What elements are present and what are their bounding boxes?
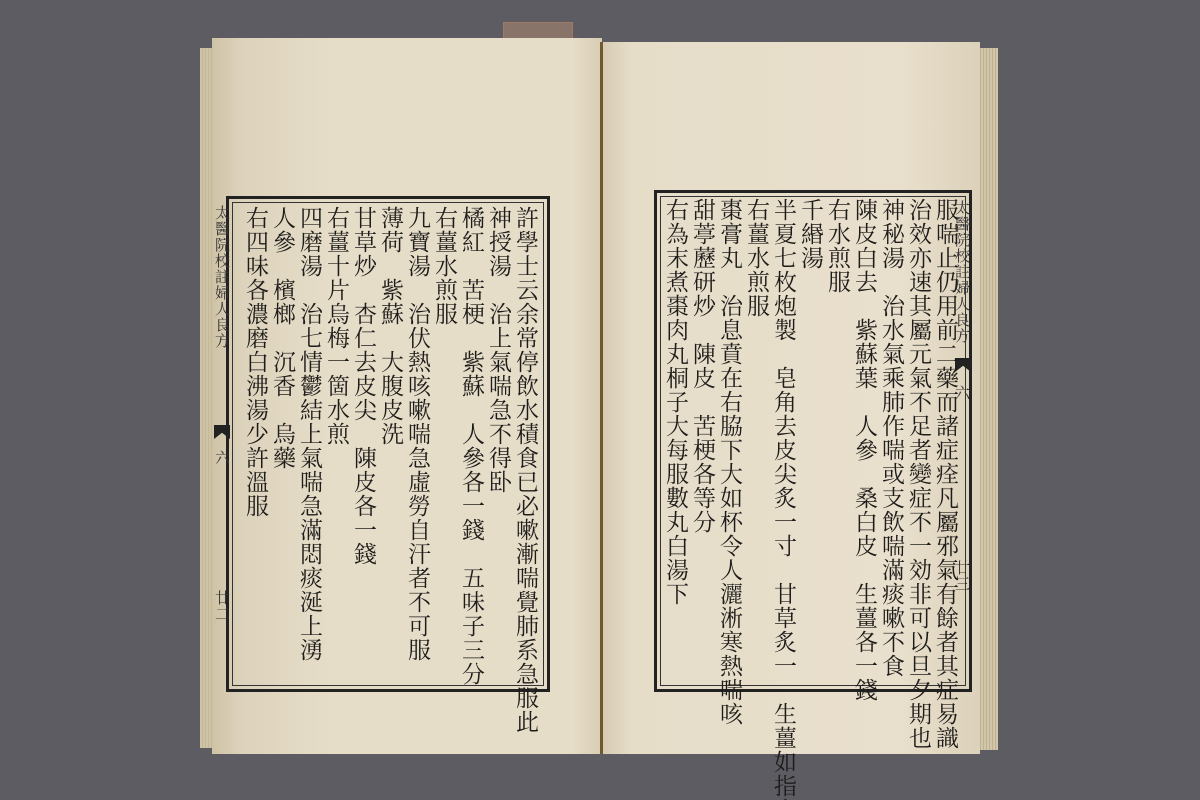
text-column: 人參 檳榔 沉香 烏藥	[270, 206, 297, 682]
left-spine-page: 廿二	[212, 590, 233, 622]
text-column: 右薑十片烏梅一箇水煎	[324, 206, 351, 682]
text-column: 右四味各濃磨白沸湯少許溫服	[243, 206, 270, 682]
text-column: 四磨湯 治七情鬱結上氣喘急滿悶痰涎上湧	[297, 206, 324, 682]
left-spine-title: 太醫院校註婦人良方	[212, 205, 233, 349]
text-column: 九寶湯 治伏熱咳嗽喘急虛勞自汗者不可服	[405, 206, 432, 682]
text-column: 右水煎服	[825, 198, 852, 682]
right-page-edges	[978, 48, 998, 750]
text-column: 右薑水煎服	[432, 206, 459, 682]
text-column: 半夏七枚炮製 皂角去皮尖炙一寸 甘草炙一 生薑如指大	[771, 198, 798, 682]
text-column: 右為末煮棗肉丸桐子大每服數丸白湯下	[663, 198, 690, 682]
book-gutter	[600, 42, 603, 754]
text-column: 陳皮白去 紫蘇葉 人參 桑白皮 生薑各一錢	[852, 198, 879, 682]
text-column: 千緡湯	[798, 198, 825, 682]
text-column: 甜葶藶研炒 陳皮 苦梗各等分	[690, 198, 717, 682]
text-column: 薄荷 紫蘇 大腹皮洗	[378, 206, 405, 682]
text-column: 神秘湯 治水氣乘肺作喘或支飲喘滿痰嗽不食	[879, 198, 906, 682]
text-column: 服喘止仍用前二藥而諸症痊凡屬邪氣有餘者其症易識	[933, 198, 960, 682]
text-column: 橘紅 苦梗 紫蘇 人參各一錢 五味子三分	[459, 206, 486, 682]
left-spine-volume: 六	[212, 450, 233, 466]
text-column: 右薑水煎服	[744, 198, 771, 682]
open-book: 太醫院校註婦人良方 六 廿二 太醫院校註婦人良方 六 廿三 許學士云余常停飲水積…	[0, 0, 1200, 800]
text-column: 棗膏丸 治息賁在右脇下大如杯令人灑淅寒熱喘咳	[717, 198, 744, 682]
right-page-text: 服喘止仍用前二藥而諸症痊凡屬邪氣有餘者其症易識 治效亦速其屬元氣不足者變症不一効…	[662, 198, 960, 682]
text-column: 甘草炒 杏仁去皮尖 陳皮各一錢	[351, 206, 378, 682]
left-page-text: 許學士云余常停飲水積食已必嗽漸喘覺肺系急服此 神授湯 治上氣喘急不得卧 橘紅 苦…	[236, 206, 540, 682]
text-column: 神授湯 治上氣喘急不得卧	[486, 206, 513, 682]
text-column: 治效亦速其屬元氣不足者變症不一効非可以旦夕期也	[906, 198, 933, 682]
text-column: 許學士云余常停飲水積食已必嗽漸喘覺肺系急服此	[513, 206, 540, 682]
